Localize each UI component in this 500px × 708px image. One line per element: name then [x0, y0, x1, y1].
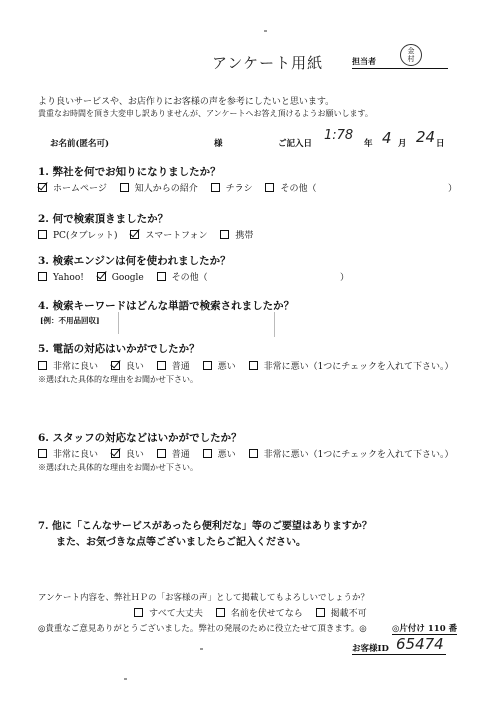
- q5-option-good[interactable]: 良い: [111, 362, 144, 372]
- customer-id-value: 65474: [396, 635, 444, 653]
- brand-label: ◎片付け 110 番: [392, 622, 457, 635]
- q6-reason-prompt: ※選ばれた具体的な理由をお聞かせ下さい。: [38, 462, 198, 473]
- q6-options: 非常に良い 良い 普通 悪い 非常に悪い（1つにチェックを入れて下さい。）: [38, 447, 454, 460]
- q6-option-very-good[interactable]: 非常に良い: [38, 450, 98, 460]
- q6-reason-field[interactable]: [38, 476, 468, 512]
- q1-option-homepage[interactable]: ホームページ: [38, 184, 107, 194]
- checkbox-icon[interactable]: [249, 449, 258, 458]
- q5-reason-field[interactable]: [38, 388, 468, 424]
- q2-question: 2. 何で検索頂きましたか？: [38, 211, 168, 226]
- checkbox-icon[interactable]: [120, 183, 129, 192]
- intro-line-2: 貴重なお時間を頂き大変申し訳ありませんが、アンケートへお答え頂けるようお願いしま…: [38, 108, 373, 119]
- q6-option-good[interactable]: 良い: [111, 450, 144, 460]
- checkbox-icon[interactable]: [38, 230, 47, 239]
- checkbox-checked-icon[interactable]: [130, 230, 139, 239]
- q3-question: 3. 検索エンジンは何を使われましたか？: [38, 253, 231, 268]
- scan-speck: [124, 678, 127, 680]
- q5-option-very-bad[interactable]: 非常に悪い（1つにチェックを入れて下さい。）: [249, 362, 454, 372]
- q2-option-smartphone[interactable]: スマートフォン: [130, 231, 207, 241]
- scan-speck: [200, 648, 203, 650]
- checkbox-icon[interactable]: [38, 361, 47, 370]
- q1-option-flyer[interactable]: チラシ: [211, 184, 253, 194]
- intro-line-1: より良いサービスや、お店作りにお客様の声を参考にしたいと思います。: [38, 94, 334, 107]
- q7-question-line-1: 7. 他に「こんなサービスがあったら便利だな」等のご要望はありますか？: [38, 517, 372, 532]
- date-day-value[interactable]: 24: [416, 128, 435, 146]
- date-month-value[interactable]: 4: [382, 129, 392, 147]
- q4-answer-field[interactable]: [120, 312, 272, 334]
- customer-id-label: お客様ID: [352, 642, 389, 654]
- q4-example: [例：不用品回収]: [40, 315, 100, 326]
- checkbox-icon[interactable]: [203, 361, 212, 370]
- q1-question: 1. 弊社を何でお知りになりましたか？: [38, 164, 221, 179]
- checkbox-icon[interactable]: [157, 449, 166, 458]
- checkbox-icon[interactable]: [157, 272, 166, 281]
- checkbox-icon[interactable]: [211, 183, 220, 192]
- checkbox-icon[interactable]: [157, 361, 166, 370]
- publish-option-not-allowed[interactable]: 掲載不可: [316, 609, 367, 619]
- q6-question: 6. スタッフの対応などはいかがでしたか？: [38, 430, 242, 445]
- page-title: アンケート用紙: [212, 52, 323, 73]
- scan-speck: [264, 30, 267, 32]
- q4-question: 4. 検索キーワードはどんな単語で検索されましたか？: [38, 298, 294, 313]
- q1-option-referral[interactable]: 知人からの紹介: [120, 184, 198, 194]
- q5-option-average[interactable]: 普通: [157, 362, 190, 372]
- q5-reason-prompt: ※選ばれた具体的な理由をお聞かせ下さい。: [38, 374, 198, 385]
- q5-question: 5. 電話の対応はいかがでしたか？: [38, 341, 200, 356]
- date-year-value[interactable]: 1:78: [324, 128, 353, 143]
- name-label: お名前(匿名可): [50, 137, 109, 149]
- honorific: 様: [214, 137, 223, 149]
- publish-option-all-ok[interactable]: すべて大丈夫: [134, 609, 203, 619]
- stamp-char-2: 村: [408, 55, 415, 63]
- staff-stamp: 金 村: [400, 44, 422, 66]
- checkbox-icon[interactable]: [203, 449, 212, 458]
- q3-option-other[interactable]: その他（: [157, 273, 208, 283]
- q3-close-paren: ）: [340, 270, 349, 283]
- checkbox-icon[interactable]: [38, 272, 47, 281]
- thanks-message: ◎貴重なご意見ありがとうございました。弊社の発展のために役立たせて頂きます。◎: [38, 622, 367, 634]
- staff-label: 担当者: [352, 56, 376, 67]
- checkbox-icon[interactable]: [249, 361, 258, 370]
- staff-field: 担当者 金 村: [352, 50, 448, 69]
- date-day-label: 日: [436, 137, 445, 149]
- publish-option-anonymous[interactable]: 名前を伏せてなら: [216, 609, 303, 619]
- q5-options: 非常に良い 良い 普通 悪い 非常に悪い（1つにチェックを入れて下さい。）: [38, 359, 454, 372]
- checkbox-checked-icon[interactable]: [38, 183, 47, 192]
- q6-option-very-bad[interactable]: 非常に悪い（1つにチェックを入れて下さい。）: [249, 450, 454, 460]
- q5-option-very-good[interactable]: 非常に良い: [38, 362, 98, 372]
- q3-options: Yahoo! Google その他（: [38, 270, 208, 283]
- q1-option-other[interactable]: その他（: [265, 184, 316, 194]
- checkbox-icon[interactable]: [316, 608, 325, 617]
- q1-options: ホームページ 知人からの紹介 チラシ その他（: [38, 181, 317, 194]
- checkbox-checked-icon[interactable]: [111, 361, 120, 370]
- date-month-label: 月: [398, 137, 407, 149]
- q6-option-average[interactable]: 普通: [157, 450, 190, 460]
- q3-option-google[interactable]: Google: [97, 273, 144, 283]
- q6-option-bad[interactable]: 悪い: [203, 450, 236, 460]
- customer-id-field: お客様ID 65474: [352, 636, 446, 655]
- checkbox-checked-icon[interactable]: [97, 272, 106, 281]
- checkbox-icon[interactable]: [38, 449, 47, 458]
- checkbox-icon[interactable]: [220, 230, 229, 239]
- q3-option-yahoo[interactable]: Yahoo!: [38, 273, 84, 283]
- q2-option-mobile[interactable]: 携帯: [220, 231, 253, 241]
- publish-options: すべて大丈夫 名前を伏せてなら 掲載不可: [134, 606, 367, 619]
- name-field[interactable]: [120, 134, 210, 148]
- publish-question: アンケート内容を、弊社ＨＰの「お客様の声」として掲載してもよろしいでしょうか？: [38, 591, 369, 603]
- q7-answer-field[interactable]: [38, 550, 468, 586]
- checkbox-icon[interactable]: [216, 608, 225, 617]
- stamp-char-1: 金: [408, 47, 415, 55]
- q2-options: PC(タブレット) スマートフォン 携帯: [38, 228, 253, 241]
- q2-option-pc[interactable]: PC(タブレット): [38, 231, 118, 241]
- checkbox-icon[interactable]: [265, 183, 274, 192]
- q4-answer-box-right: [274, 312, 275, 337]
- q4-answer-box-left: [118, 312, 119, 334]
- q7-question-line-2: また、お気づきな点等ございましたらご記入ください。: [56, 533, 306, 548]
- q1-close-paren: ）: [448, 181, 457, 194]
- date-label: ご記入日: [278, 137, 312, 149]
- q5-option-bad[interactable]: 悪い: [203, 362, 236, 372]
- checkbox-icon[interactable]: [134, 608, 143, 617]
- date-year-label: 年: [364, 137, 373, 149]
- checkbox-checked-icon[interactable]: [111, 449, 120, 458]
